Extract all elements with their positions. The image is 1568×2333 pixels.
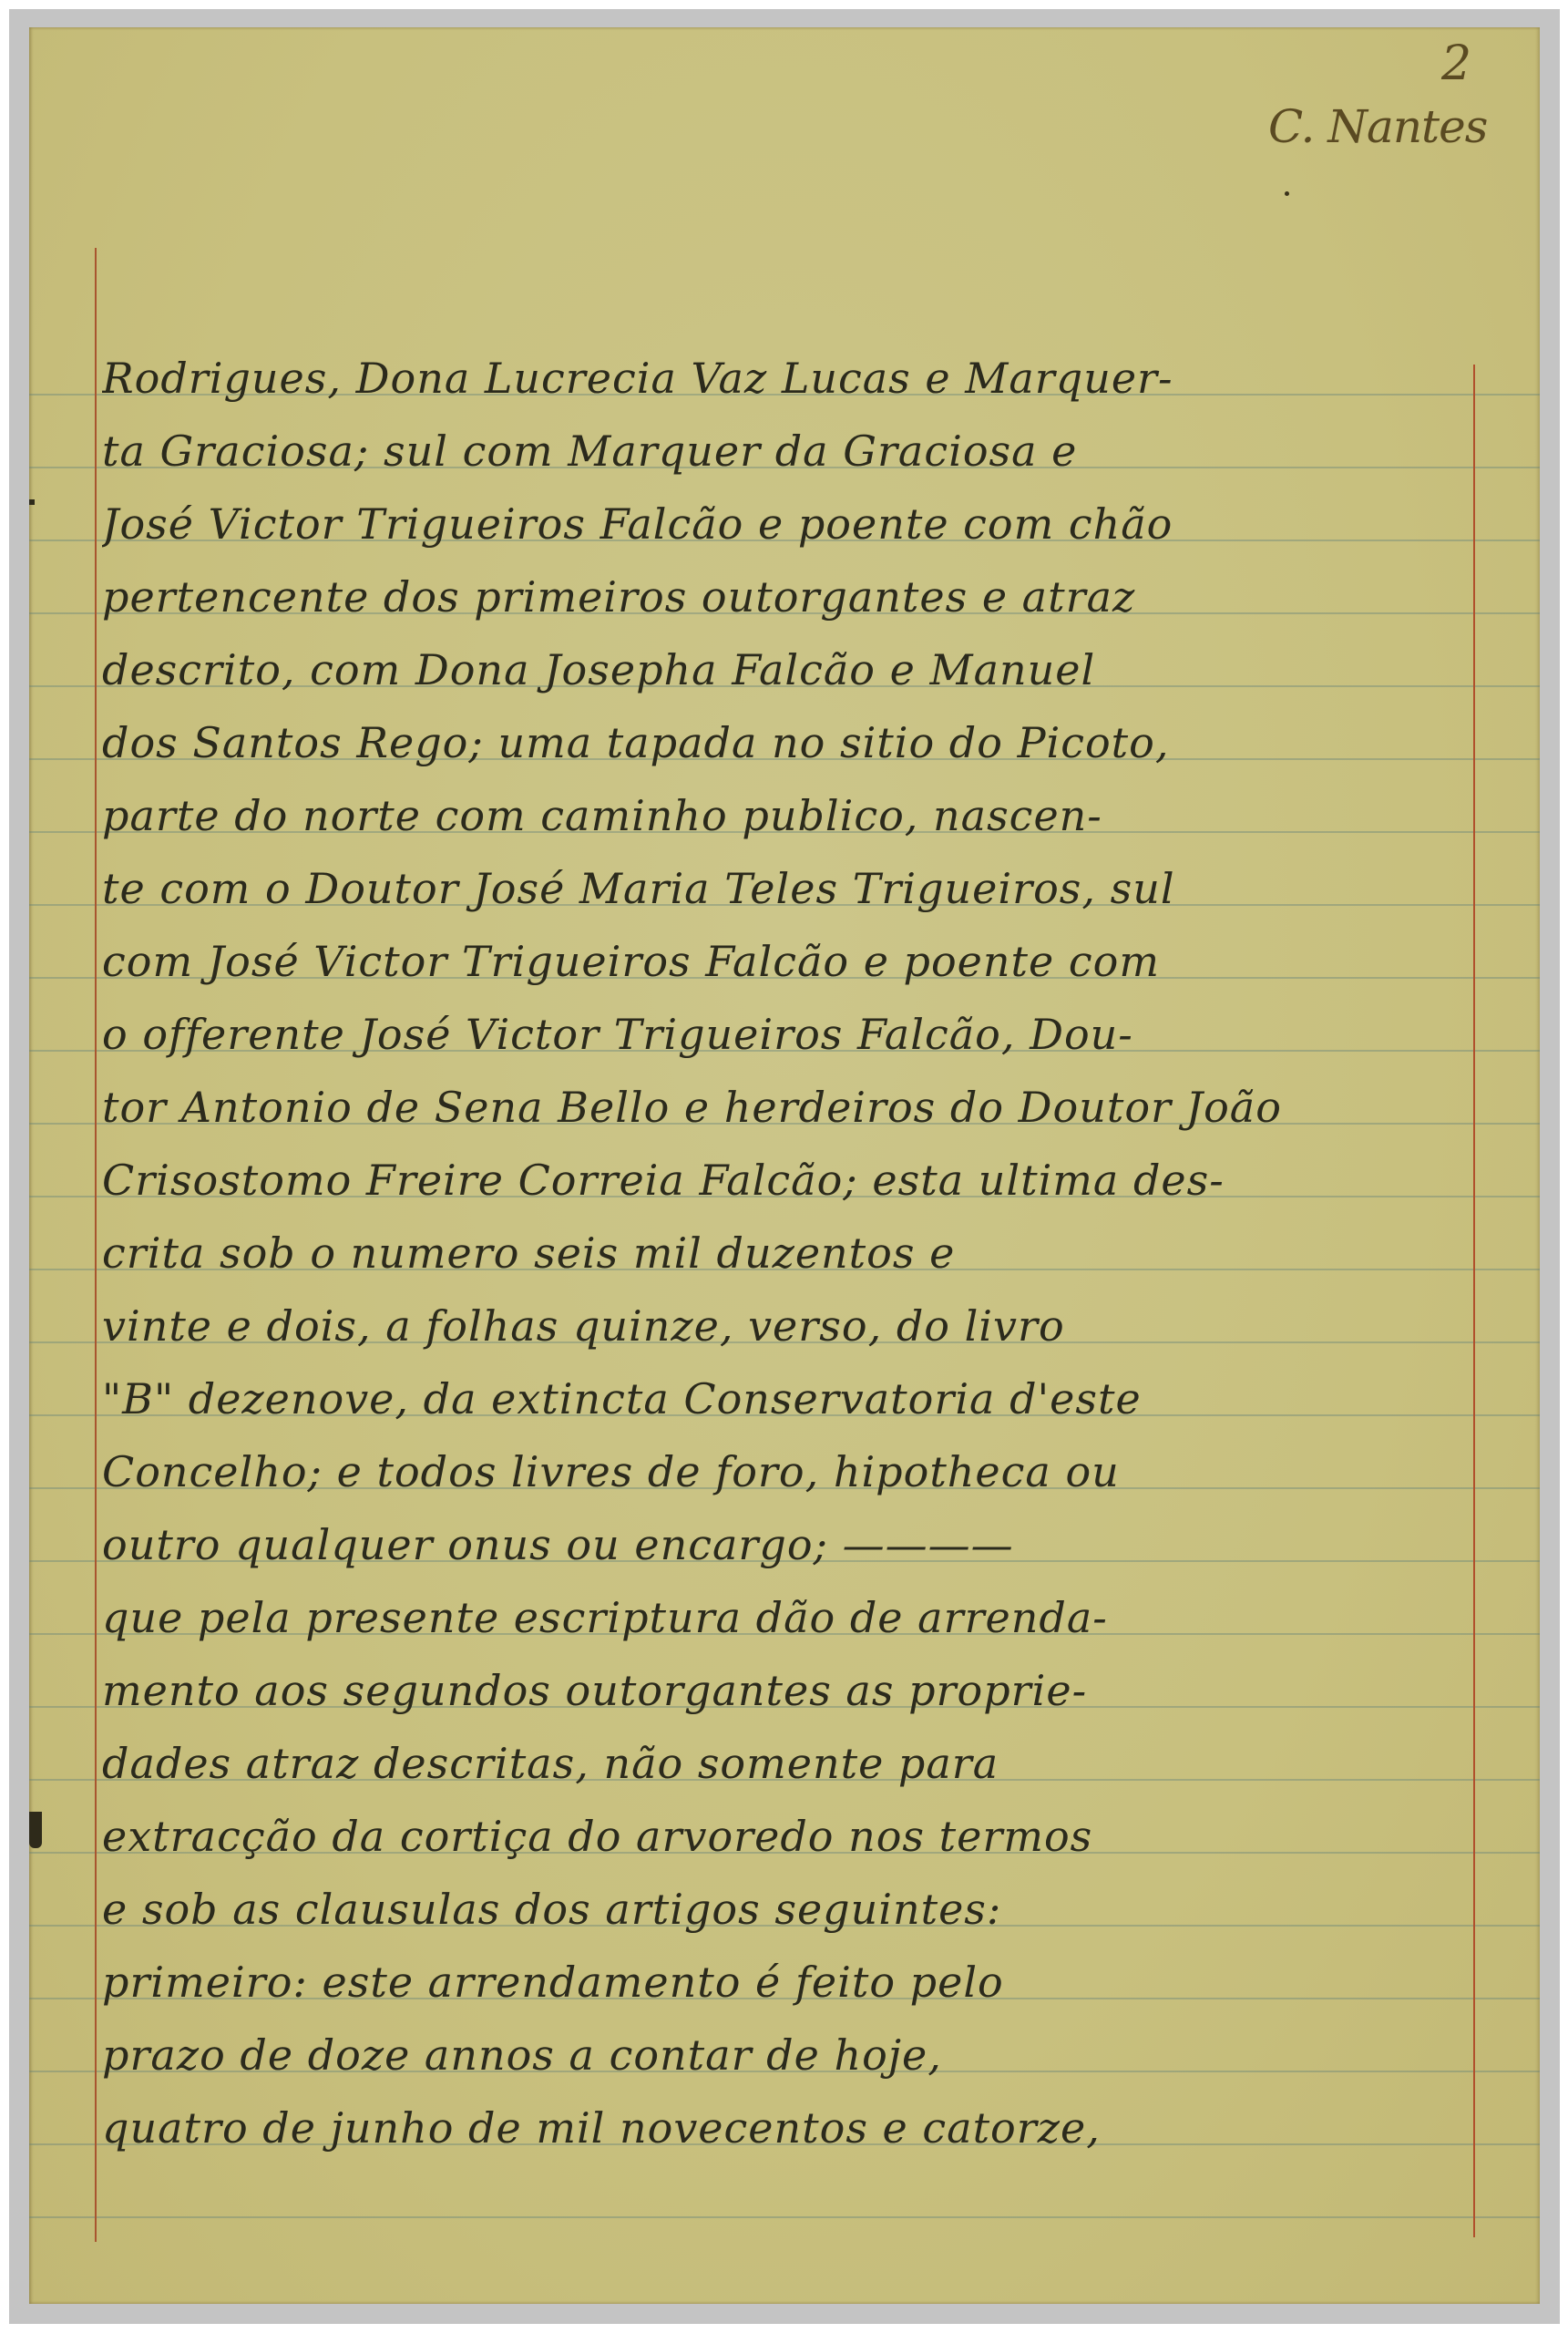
text-line: o offerente José Victor Trigueiros Falcã… bbox=[102, 998, 1473, 1071]
text-line: com José Victor Trigueiros Falcão e poen… bbox=[102, 925, 1473, 998]
text-line: outro qualquer onus ou encargo; ———— bbox=[102, 1508, 1473, 1581]
text-line: descrito, com Dona Josepha Falcão e Manu… bbox=[102, 633, 1473, 706]
text-line: te com o Doutor José Maria Teles Triguei… bbox=[102, 852, 1473, 925]
text-line: José Victor Trigueiros Falcão e poente c… bbox=[102, 488, 1473, 560]
text-line: pertencente dos primeiros outorgantes e … bbox=[102, 560, 1473, 633]
text-line: dos Santos Rego; uma tapada no sitio do … bbox=[102, 706, 1473, 779]
ruled-line bbox=[29, 2216, 1540, 2218]
text-line: e sob as clausulas dos artigos seguintes… bbox=[102, 1873, 1473, 1946]
manuscript-page: 2 C. Nantes Rodrigues, Dona Lucrecia Vaz… bbox=[29, 27, 1540, 2304]
text-line: Crisostomo Freire Correia Falcão; esta u… bbox=[102, 1144, 1473, 1217]
signature: C. Nantes bbox=[1268, 100, 1487, 153]
binding-mark bbox=[29, 1812, 42, 1848]
text-line: vinte e dois, a folhas quinze, verso, do… bbox=[102, 1290, 1473, 1362]
right-margin-line bbox=[1473, 365, 1475, 2237]
text-line: dades atraz descritas, não somente para bbox=[102, 1727, 1473, 1800]
text-line: que pela presente escriptura dão de arre… bbox=[102, 1581, 1473, 1654]
text-line: extracção da cortiça do arvoredo nos ter… bbox=[102, 1800, 1473, 1873]
text-line: ta Graciosa; sul com Marquer da Graciosa… bbox=[102, 415, 1473, 488]
text-line: tor Antonio de Sena Bello e herdeiros do… bbox=[102, 1071, 1473, 1144]
text-line: mento aos segundos outorgantes as propri… bbox=[102, 1654, 1473, 1727]
text-line: Concelho; e todos livres de foro, hipoth… bbox=[102, 1435, 1473, 1508]
text-line: quatro de junho de mil novecentos e cato… bbox=[102, 2091, 1473, 2164]
text-line: "B" dezenove, da extincta Conservatoria … bbox=[102, 1362, 1473, 1435]
text-line: prazo de doze annos a contar de hoje, bbox=[102, 2019, 1473, 2091]
text-line: primeiro: este arrendamento é feito pelo bbox=[102, 1946, 1473, 2019]
edge-mark bbox=[29, 499, 35, 505]
ink-dot bbox=[1285, 191, 1289, 196]
page-number: 2 bbox=[1441, 36, 1471, 91]
left-margin-line bbox=[95, 248, 97, 2242]
text-line: parte do norte com caminho publico, nasc… bbox=[102, 779, 1473, 852]
text-line: Rodrigues, Dona Lucrecia Vaz Lucas e Mar… bbox=[102, 342, 1473, 415]
text-line: crita sob o numero seis mil duzentos e bbox=[102, 1217, 1473, 1290]
